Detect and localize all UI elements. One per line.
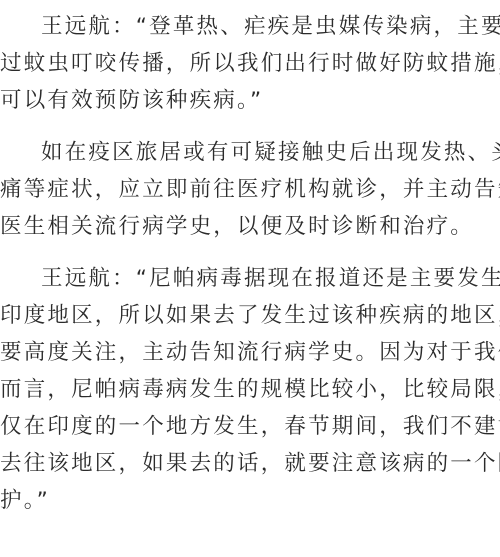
text-line: 王远航：“尼帕病毒据现在报道还是主要发生在: [0, 260, 500, 297]
text-line: 去往该地区，如果去的话，就要注意该病的一个防: [0, 445, 500, 482]
text-line: 而言，尼帕病毒病发生的规模比较小，比较局限，: [0, 371, 500, 408]
text-line: 王远航：“登革热、疟疾是虫媒传染病，主要通: [0, 8, 500, 45]
text-line: 如在疫区旅居或有可疑接触史后出现发热、头: [0, 134, 500, 171]
paragraph-quote-dengue-malaria: 王远航：“登革热、疟疾是虫媒传染病，主要通 过蚊虫叮咬传播，所以我们出行时做好防…: [0, 8, 500, 119]
text-line: 印度地区，所以如果去了发生过该种疾病的地区，: [0, 297, 500, 334]
article-body: 王远航：“登革热、疟疾是虫媒传染病，主要通 过蚊虫叮咬传播，所以我们出行时做好防…: [0, 8, 500, 534]
text-line: 仅在印度的一个地方发生，春节期间，我们不建议: [0, 408, 500, 445]
text-line: 可以有效预防该种疾病。”: [0, 82, 500, 119]
text-line: 要高度关注，主动告知流行病学史。因为对于我们: [0, 334, 500, 371]
paragraph-medical-advice: 如在疫区旅居或有可疑接触史后出现发热、头 痛等症状，应立即前往医疗机构就诊，并主…: [0, 134, 500, 245]
paragraph-quote-nipah-virus: 王远航：“尼帕病毒据现在报道还是主要发生在 印度地区，所以如果去了发生过该种疾病…: [0, 260, 500, 519]
text-line: 过蚊虫叮咬传播，所以我们出行时做好防蚊措施，: [0, 45, 500, 82]
text-line: 护。”: [0, 482, 500, 519]
text-line: 痛等症状，应立即前往医疗机构就诊，并主动告知: [0, 171, 500, 208]
text-line: 医生相关流行病学史，以便及时诊断和治疗。: [0, 208, 500, 245]
